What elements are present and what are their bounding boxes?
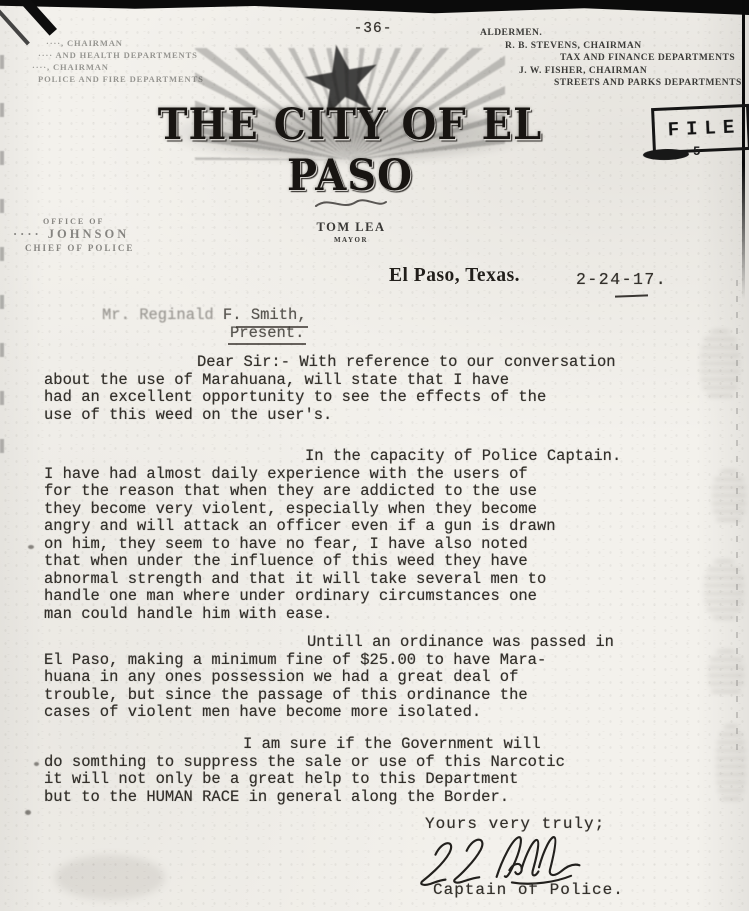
- scan-left-edge-artifact: [0, 55, 4, 485]
- file-stamp-mark-icon: [641, 149, 691, 160]
- scanned-letter-page: -36- ····, CHAIRMAN···· AND HEALTH DEPAR…: [0, 0, 749, 911]
- paragraph-2: In the capacity of Police Captain.I have…: [44, 448, 736, 623]
- paragraph-3: Untill an ordinance was passed inEl Paso…: [44, 634, 736, 722]
- mayor-title: MAYOR: [303, 236, 399, 244]
- ink-speck: [34, 762, 39, 766]
- ink-speck: [28, 545, 34, 549]
- recipient-surname: F. Smith,: [223, 306, 307, 324]
- dateline-place: El Paso, Texas.: [389, 265, 520, 287]
- ink-speck: [25, 810, 31, 815]
- scan-top-edge-artifact: [0, 0, 749, 15]
- underline: [228, 343, 306, 345]
- file-stamp-number: 5: [693, 145, 701, 159]
- signer-title: Captain of Police.: [433, 881, 624, 899]
- mayor-name: TOM LEA: [303, 220, 399, 235]
- office-of-chief-block: OFFICE OF···· JOHNSONCHIEF OF POLICE: [13, 216, 134, 254]
- paragraph-4: I am sure if the Government willdo somth…: [44, 736, 736, 806]
- paragraph-1: Dear Sir:- With reference to our convers…: [44, 354, 736, 424]
- dateline-date: 2-24-17.: [576, 270, 667, 289]
- underline: [236, 326, 308, 328]
- recipient-block: Mr. Reginald F. Smith, Present.: [102, 307, 307, 342]
- date-underline: [615, 294, 648, 297]
- mayor-block: TOM LEA MAYOR: [303, 220, 399, 244]
- file-stamp-label: FILE: [667, 116, 741, 141]
- city-seal: ★ THE CITY OF EL PASO: [100, 46, 600, 218]
- paper-stain: [55, 855, 165, 900]
- scroll-flourish-icon: [312, 194, 390, 214]
- recipient-name-faint: Mr. Reginald: [102, 306, 223, 324]
- seal-title: THE CITY OF EL PASO: [100, 99, 600, 201]
